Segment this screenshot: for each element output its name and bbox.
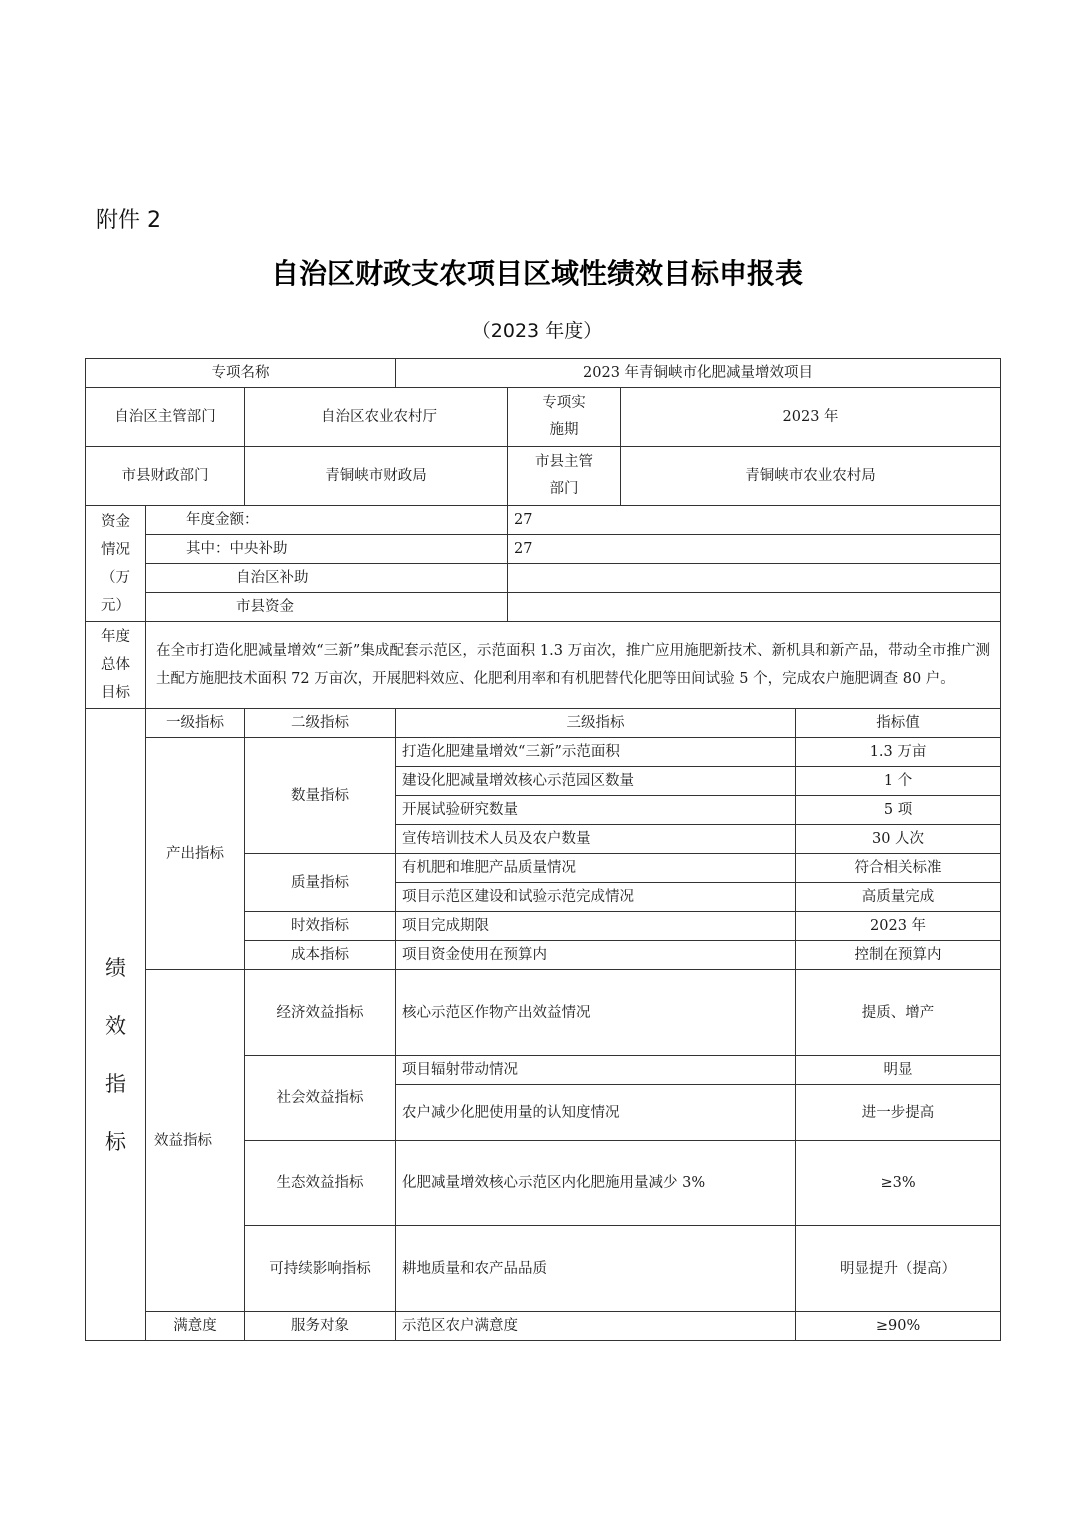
performance-label-char: 绩 <box>105 939 126 997</box>
indicator-value: 控制在预算内 <box>796 941 1001 970</box>
level2-quantity: 数量指标 <box>245 738 396 854</box>
level3-indicator: 有机肥和堆肥产品质量情况 <box>396 854 796 883</box>
funds-section-label: 资金 情况 （万 元） <box>86 506 146 622</box>
level2-timeliness: 时效指标 <box>245 912 396 941</box>
document-title: 自治区财政支农项目区域性绩效目标申报表 <box>0 252 1074 292</box>
indicator-value: 5 项 <box>796 796 1001 825</box>
level2-service-target: 服务对象 <box>245 1312 396 1341</box>
level3-indicator: 项目资金使用在预算内 <box>396 941 796 970</box>
impl-period-cell: 专项实 施期 2023 年 <box>508 388 1001 447</box>
funds-label-line: 资金 <box>86 508 145 536</box>
level2-cost: 成本指标 <box>245 941 396 970</box>
level3-indicator: 宣传培训技术人员及农户数量 <box>396 825 796 854</box>
level3-indicator: 建设化肥减量增效核心示范园区数量 <box>396 767 796 796</box>
performance-section-label: 绩 效 指 标 <box>86 709 146 1341</box>
level3-indicator: 化肥减量增效核心示范区内化肥施用量减少 3% <box>396 1141 796 1226</box>
level3-indicator: 项目辐射带动情况 <box>396 1056 796 1085</box>
funds-row-central: 其中：中央补助 27 <box>86 535 1001 564</box>
indicator-value: 1 个 <box>796 767 1001 796</box>
impl-period-label-line1: 专项实 <box>508 390 620 417</box>
annual-objective-row: 年度 总体 目标 在全市打造化肥减量增效“三新”集成配套示范区，示范面积 1.3… <box>86 622 1001 709</box>
indicator-value: 符合相关标准 <box>796 854 1001 883</box>
annual-objective-label: 年度 总体 目标 <box>86 622 146 709</box>
funds-region-value <box>508 564 1001 593</box>
document-subtitle: （2023 年度） <box>0 316 1074 343</box>
funds-row-county: 市县资金 <box>86 593 1001 622</box>
funds-row-annual: 资金 情况 （万 元） 年度金额： 27 <box>86 506 1001 535</box>
funds-row-region: 自治区补助 <box>86 564 1001 593</box>
column-header-level1: 一级指标 <box>146 709 245 738</box>
column-header-level2: 二级指标 <box>245 709 396 738</box>
level2-quality: 质量指标 <box>245 854 396 912</box>
annual-objective-text: 在全市打造化肥减量增效“三新”集成配套示范区，示范面积 1.3 万亩次，推广应用… <box>146 622 1001 709</box>
indicator-value: 明显提升（提高） <box>796 1226 1001 1312</box>
indicator-value: 30 人次 <box>796 825 1001 854</box>
indicator-value: 明显 <box>796 1056 1001 1085</box>
impl-period-value: 2023 年 <box>621 388 1000 446</box>
attachment-label: 附件 2 <box>96 203 161 234</box>
project-name-label: 专项名称 <box>86 359 396 388</box>
county-finance-label: 市县财政部门 <box>86 447 245 506</box>
performance-target-table: 专项名称 2023 年青铜峡市化肥减量增效项目 自治区主管部门 自治区农业农村厅… <box>85 358 1001 1341</box>
performance-label-char: 效 <box>105 997 126 1055</box>
column-header-level3: 三级指标 <box>396 709 796 738</box>
indicator-row: 满意度 服务对象 示范区农户满意度 ≥90% <box>86 1312 1001 1341</box>
performance-label-char: 标 <box>105 1113 126 1171</box>
level2-ecological: 生态效益指标 <box>245 1141 396 1226</box>
level3-indicator: 打造化肥建量增效“三新”示范面积 <box>396 738 796 767</box>
funds-county-label: 市县资金 <box>146 593 508 622</box>
performance-header-row: 绩 效 指 标 一级指标 二级指标 三级指标 指标值 <box>86 709 1001 738</box>
funds-central-label: 其中：中央补助 <box>146 535 508 564</box>
level1-benefit: 效益指标 <box>146 970 245 1312</box>
level2-sustainable: 可持续影响指标 <box>245 1226 396 1312</box>
indicator-row: 产出指标 数量指标 打造化肥建量增效“三新”示范面积 1.3 万亩 <box>86 738 1001 767</box>
impl-period-label: 专项实 施期 <box>508 388 621 446</box>
performance-label-char: 指 <box>105 1055 126 1113</box>
level3-indicator: 项目完成期限 <box>396 912 796 941</box>
level2-social: 社会效益指标 <box>245 1056 396 1141</box>
objective-label-line: 总体 <box>86 651 145 679</box>
indicator-value: 提质、增产 <box>796 970 1001 1056</box>
level3-indicator: 农户减少化肥使用量的认知度情况 <box>396 1085 796 1141</box>
county-dept-label-line2: 部门 <box>508 476 620 503</box>
level3-indicator: 耕地质量和农产品品质 <box>396 1226 796 1312</box>
county-finance-row: 市县财政部门 青铜峡市财政局 市县主管 部门 青铜峡市农业农村局 <box>86 447 1001 506</box>
column-header-value: 指标值 <box>796 709 1001 738</box>
indicator-value: ≥90% <box>796 1312 1001 1341</box>
funds-annual-label: 年度金额： <box>146 506 508 535</box>
level3-indicator: 开展试验研究数量 <box>396 796 796 825</box>
region-dept-value-text: 自治区农业农村厅 <box>321 409 437 425</box>
project-name-row: 专项名称 2023 年青铜峡市化肥减量增效项目 <box>86 359 1001 388</box>
indicator-value: 2023 年 <box>796 912 1001 941</box>
funds-region-label: 自治区补助 <box>146 564 508 593</box>
level1-satisfaction: 满意度 <box>146 1312 245 1341</box>
region-dept-label: 自治区主管部门 <box>86 388 245 447</box>
county-dept-label: 市县主管 部门 <box>508 447 621 505</box>
objective-label-line: 目标 <box>86 679 145 707</box>
indicator-value: 1.3 万亩 <box>796 738 1001 767</box>
indicator-row: 效益指标 经济效益指标 核心示范区作物产出效益情况 提质、增产 <box>86 970 1001 1056</box>
indicator-value: ≥3% <box>796 1141 1001 1226</box>
objective-label-line: 年度 <box>86 623 145 651</box>
level3-indicator: 项目示范区建设和试验示范完成情况 <box>396 883 796 912</box>
county-dept-label-line1: 市县主管 <box>508 449 620 476</box>
county-dept-value: 青铜峡市农业农村局 <box>621 447 1000 505</box>
region-dept-row: 自治区主管部门 自治区农业农村厅 专项实 施期 2023 年 <box>86 388 1001 447</box>
funds-county-value <box>508 593 1001 622</box>
level2-economic: 经济效益指标 <box>245 970 396 1056</box>
project-name-value: 2023 年青铜峡市化肥减量增效项目 <box>396 359 1001 388</box>
funds-annual-value: 27 <box>508 506 1001 535</box>
funds-label-line: （万 <box>86 564 145 592</box>
impl-period-label-line2: 施期 <box>508 417 620 444</box>
indicator-value: 进一步提高 <box>796 1085 1001 1141</box>
level1-output: 产出指标 <box>146 738 245 970</box>
region-dept-value: 自治区农业农村厅 <box>245 388 508 447</box>
county-finance-value: 青铜峡市财政局 <box>245 447 508 506</box>
funds-label-line: 情况 <box>86 536 145 564</box>
level3-indicator: 核心示范区作物产出效益情况 <box>396 970 796 1056</box>
funds-central-value: 27 <box>508 535 1001 564</box>
indicator-value: 高质量完成 <box>796 883 1001 912</box>
level3-indicator: 示范区农户满意度 <box>396 1312 796 1341</box>
county-dept-cell: 市县主管 部门 青铜峡市农业农村局 <box>508 447 1001 506</box>
funds-label-line: 元） <box>86 592 145 620</box>
